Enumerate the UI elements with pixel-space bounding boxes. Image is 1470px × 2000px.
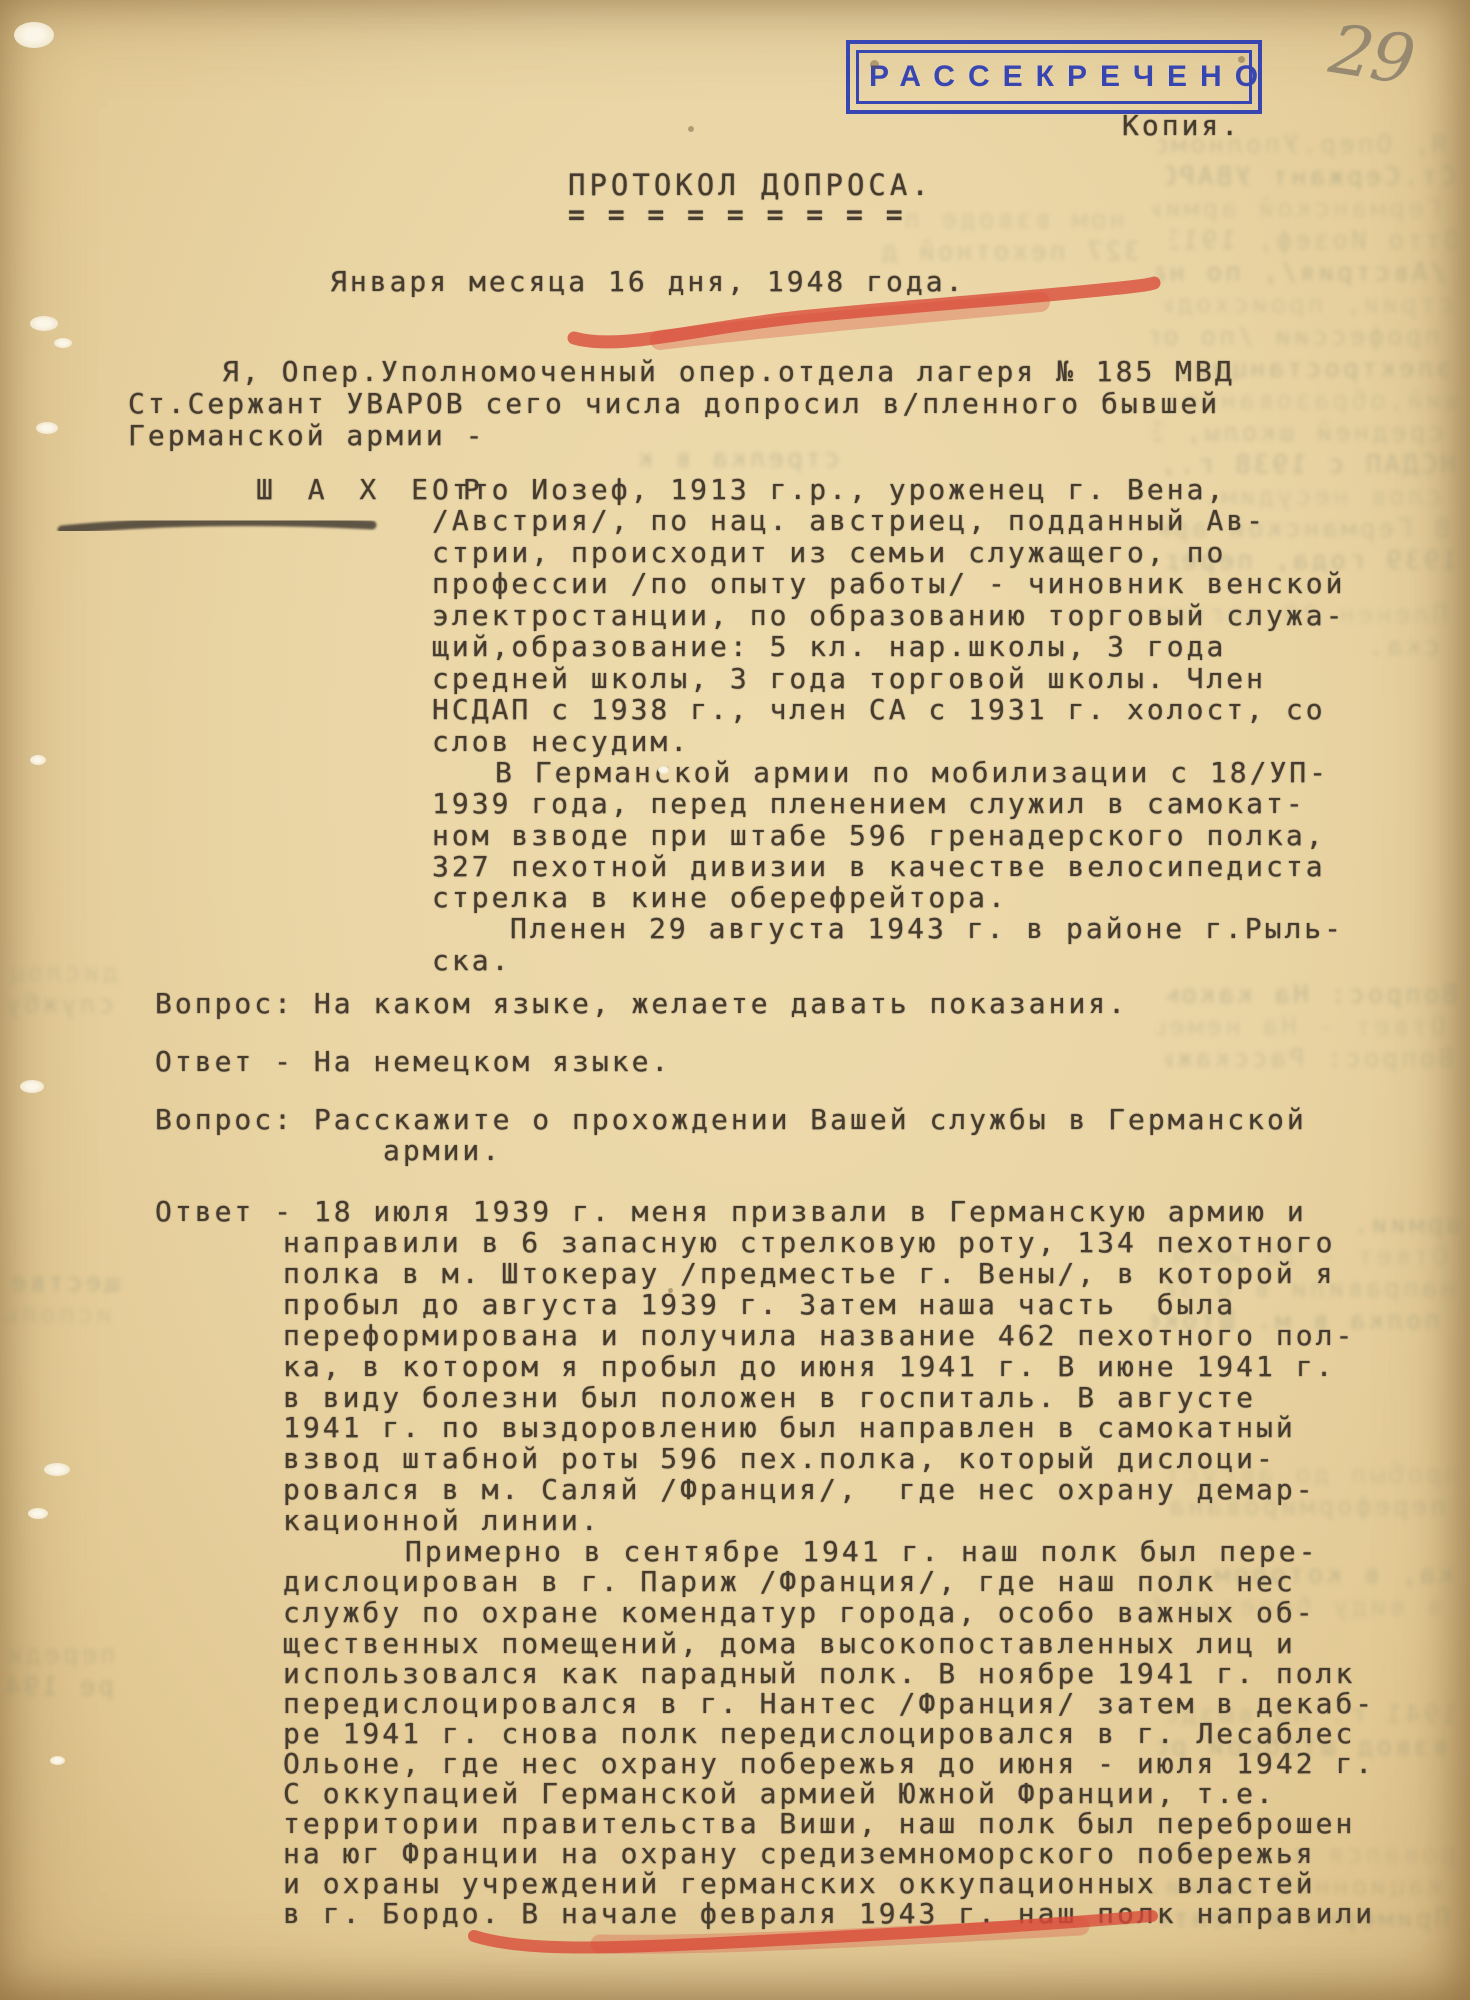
bleed-through-noise: Вопрос: Расскажите о прохождении Вашей с… — [1164, 1044, 1454, 1074]
typewritten-line: Ст.Сержант УВАРОВ сего числа допросил в/… — [128, 388, 1220, 419]
bleed-through-noise: стрии, происходит из семьи служащего, по — [1164, 290, 1454, 320]
typewritten-line: направили в 6 запасную стрелковую роту, … — [283, 1227, 1335, 1258]
scanned-document-page: Я, Опер.Уполномоченный опер.отдела лагер… — [0, 0, 1470, 2000]
paper-chip — [50, 1756, 65, 1765]
typewritten-line: С оккупацией Германской армией Южной Фра… — [283, 1778, 1276, 1809]
paper-chip — [30, 316, 58, 331]
ink-speck — [668, 1288, 673, 1293]
bleed-through-noise: Ст.Сержант УВАРОВ сего числа допросил в/… — [1166, 162, 1456, 192]
typewritten-line: НСДАП с 1938 г., член СА с 1931 г. холос… — [432, 694, 1326, 725]
bleed-through-noise: Германской армии - — [1152, 194, 1442, 224]
ink-speck — [688, 126, 694, 132]
bleed-through-noise: средней школы, 3 года торговой школы. Чл… — [1154, 418, 1444, 448]
typewritten-line: ка, в котором я пробыл до июня 1941 г. В… — [283, 1351, 1335, 1382]
typewritten-line: в виду болезни был положен в госпиталь. … — [283, 1382, 1256, 1413]
bleed-through-noise: дислоцирован в г. Париж /Франция/, где н… — [8, 958, 118, 988]
typewritten-line: кационной линии. — [283, 1505, 601, 1536]
typewritten-line: дислоцирован в г. Париж /Франция/, где н… — [283, 1566, 1296, 1597]
ink-speck — [1238, 56, 1245, 63]
typewritten-line: переформирована и получила название 462 … — [283, 1320, 1355, 1351]
typewritten-line: полка в м. Штокерау /предместье г. Вены/… — [283, 1258, 1335, 1289]
typewritten-line: и охраны учреждений германских оккупацио… — [283, 1868, 1316, 1899]
declassified-stamp: РАССЕКРЕЧЕНО — [856, 50, 1252, 104]
typewritten-line: /Австрия/, по нац. австриец, подданный А… — [432, 505, 1266, 536]
typewritten-line: слов несудим. — [432, 726, 690, 757]
typewritten-line: электростанции, по образованию торговый … — [432, 600, 1345, 631]
typewritten-line: 1939 года, перед пленением служил в само… — [432, 788, 1306, 819]
typewritten-line: Вопрос: На каком языке, желаете давать п… — [155, 988, 1128, 1019]
typewritten-line: ска. — [432, 945, 511, 976]
bleed-through-noise: ре 1941 г. снова полк передислоцировался… — [4, 1672, 114, 1702]
paper-chip — [30, 755, 46, 765]
typewritten-line: службу по охране комендатур города, особ… — [283, 1597, 1316, 1628]
paper-chip — [20, 1080, 44, 1093]
typewritten-line: Ответ - На немецком языке. — [155, 1046, 671, 1077]
typewritten-line: ре 1941 г. снова полк передислоцировался… — [283, 1718, 1355, 1749]
bleed-through-noise: Ответ - На немецком языке. — [1156, 1012, 1446, 1042]
typewritten-line: 1941 г. по выздоровлению был направлен в… — [283, 1412, 1296, 1443]
subject-name-underline — [62, 522, 372, 530]
copy-label: Копия. — [1122, 110, 1241, 141]
typewritten-line: ном взводе при штабе 596 гренадерского п… — [432, 820, 1326, 851]
bleed-through-noise: щественных помещений, дома высокопоставл… — [10, 1268, 120, 1298]
typewritten-line: Примерно в сентябре 1941 г. наш полк был… — [405, 1536, 1318, 1567]
typewritten-line: Ответ - 18 июля 1939 г. меня призвали в … — [155, 1196, 1307, 1227]
typewritten-line: В Германской армии по мобилизации с 18/У… — [495, 757, 1329, 788]
title-underline: = = = = = = = = = — [568, 199, 906, 230]
typewritten-line: Германской армии - — [128, 420, 485, 451]
date-line: Января месяца 16 дня, 1948 года. — [330, 266, 965, 297]
typewritten-line: Пленен 29 августа 1943 г. в районе г.Рыл… — [510, 913, 1344, 944]
bleed-through-noise: ном взводе при штабе 596 гренадерского п… — [905, 205, 1125, 235]
paper-chip — [44, 1463, 70, 1476]
paper-chip — [36, 422, 58, 434]
typewritten-line: армии. — [383, 1135, 502, 1166]
typewritten-line: стрелка в кине оберефрейтора. — [432, 882, 1008, 913]
document-title: ПРОТОКОЛ ДОПРОСА. — [568, 170, 933, 201]
typewritten-line: использовался как парадный полк. В ноябр… — [283, 1658, 1355, 1689]
bleed-through-noise: передислоцировался в г. Нантес /Франция/… — [6, 1640, 116, 1670]
paper-chip — [28, 1508, 48, 1519]
typewritten-line: в г. Бордо. В начале февраля 1943 г. наш… — [283, 1898, 1375, 1929]
paper-chip — [54, 338, 72, 348]
paper-chip — [14, 22, 54, 48]
typewritten-line: на юг Франции на охрану средиземноморско… — [283, 1838, 1316, 1869]
typewritten-line: передислоцировался в г. Нантес /Франция/… — [283, 1688, 1375, 1719]
typewritten-line: средней школы, 3 года торговой школы. Чл… — [432, 663, 1266, 694]
bleed-through-noise: Вопрос: На каком языке, желаете давать п… — [1168, 980, 1458, 1010]
bleed-through-noise: стрелка в кине оберефрейтора. — [640, 444, 840, 474]
paper-chip — [658, 766, 669, 774]
bleed-through-noise: /Австрия/, по нац. австриец, подданный А… — [1156, 258, 1446, 288]
ink-speck — [870, 60, 879, 69]
bleed-through-noise: Отто Иозеф, 1913 г.р., уроженец г. Вена, — [1170, 226, 1460, 256]
typewritten-line: территории правительства Виши, наш полк … — [283, 1808, 1355, 1839]
typewritten-line: Я, Опер.Уполномоченный опер.отдела лагер… — [222, 356, 1235, 387]
bleed-through-noise: службу по охране комендатур города, особ… — [4, 990, 114, 1020]
typewritten-line: стрии, происходит из семьи служащего, по — [432, 537, 1226, 568]
bleed-through-noise: использовался как парадный полк. В ноябр… — [2, 1300, 112, 1330]
typewritten-line: щий,образование: 5 кл. нар.школы, 3 года — [432, 631, 1226, 662]
typewritten-line: Ольоне, где нес охрану побережья до июня… — [283, 1748, 1375, 1779]
date-underline-red-smudge — [660, 302, 1040, 340]
typewritten-line: ровался в м. Саляй /Франция/, где нес ох… — [283, 1474, 1316, 1505]
typewritten-line: Отто Иозеф, 1913 г.р., уроженец г. Вена, — [432, 474, 1226, 505]
typewritten-line: Вопрос: Расскажите о прохождении Вашей с… — [155, 1104, 1307, 1135]
typewritten-line: профессии /по опыту работы/ - чиновник в… — [432, 568, 1345, 599]
bleed-through-noise: профессии /по опыту работы/ - чиновник в… — [1150, 322, 1440, 352]
typewritten-line: 327 пехотной дивизии в качестве велосипе… — [432, 851, 1326, 882]
bleed-through-noise: 327 пехотной дивизии в качестве велосипе… — [880, 237, 1140, 267]
typewritten-line: щественных помещений, дома высокопоставл… — [283, 1628, 1296, 1659]
typewritten-line: взвод штабной роты 596 пех.полка, которы… — [283, 1443, 1276, 1474]
typewritten-line: пробыл до августа 1939 г. Затем наша час… — [283, 1289, 1236, 1320]
page-number-handwritten: 29 — [1324, 10, 1418, 101]
